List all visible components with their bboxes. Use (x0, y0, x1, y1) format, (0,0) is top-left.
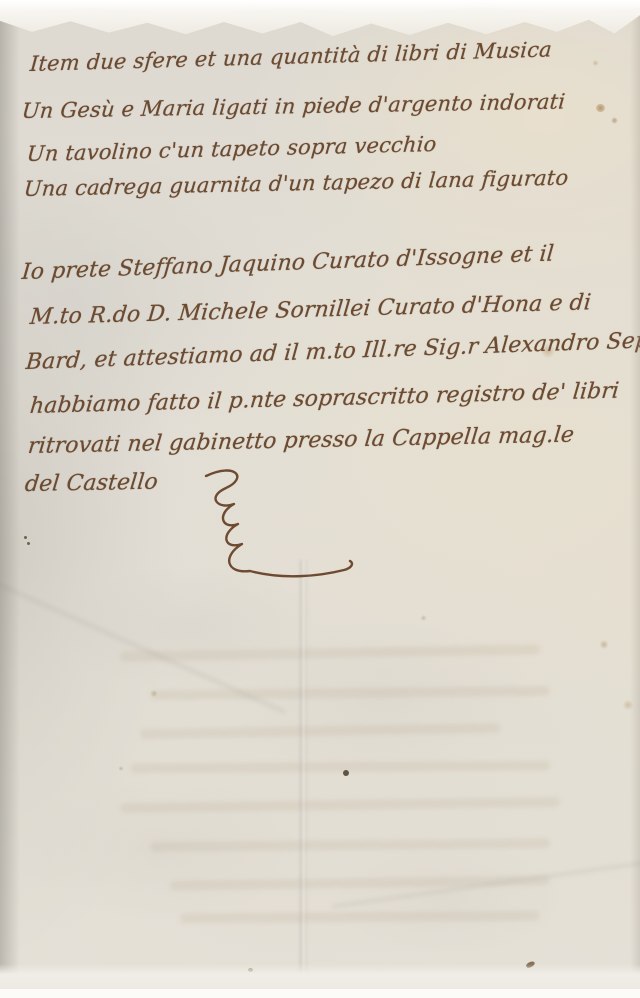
ink-speck (27, 542, 30, 545)
stain-spot (599, 640, 609, 649)
manuscript-line: del Castello (24, 470, 159, 497)
stain-spot (612, 118, 617, 123)
ink-speck (24, 536, 27, 539)
page-edge-shadow (0, 0, 20, 998)
stain-spot (420, 615, 427, 621)
stain-spot (592, 60, 599, 66)
under-page-edge (0, 964, 640, 990)
pen-flourish (192, 468, 367, 593)
vertical-fold-crease (298, 560, 308, 980)
stain-spot (150, 690, 158, 697)
manuscript-scan: Item due sfere et una quantità di libri … (0, 0, 640, 998)
ink-speck (343, 770, 349, 776)
stain-spot (596, 104, 605, 112)
under-page-edge (0, 989, 640, 998)
stain-spot (118, 766, 124, 771)
page-edge-shadow (630, 0, 640, 998)
